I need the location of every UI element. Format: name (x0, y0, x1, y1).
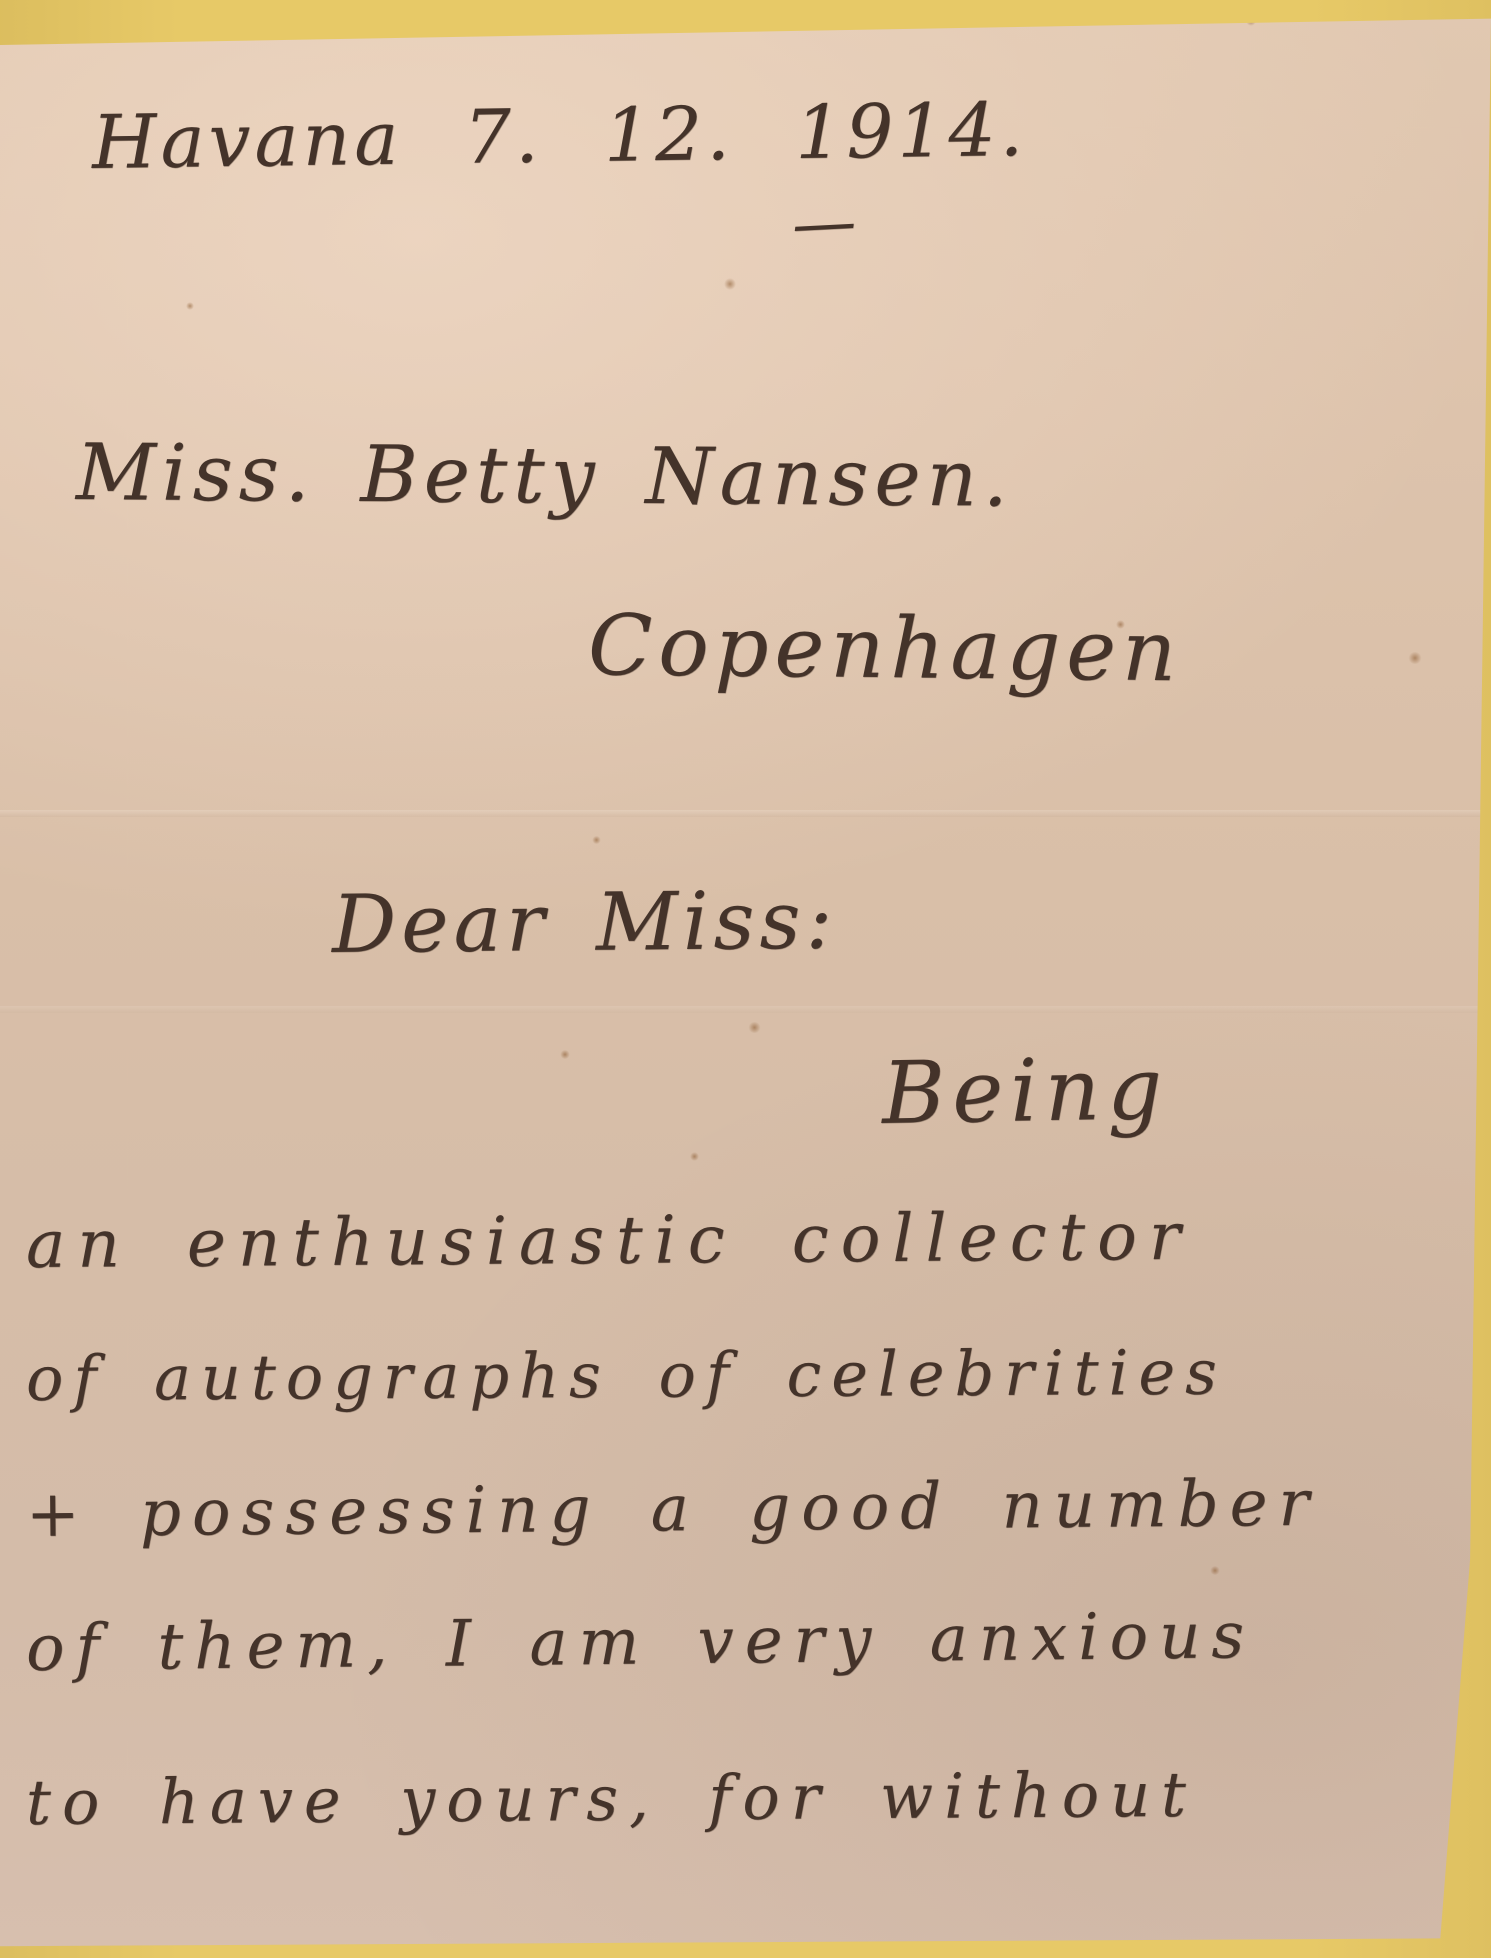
photo-background: Havana 7. 12. 1914. — Miss. Betty Nansen… (0, 0, 1491, 1958)
paper-fold-crease (0, 810, 1491, 817)
body-opening-word: Being (881, 1039, 1170, 1144)
salutation-text: Dear Miss: (332, 874, 838, 971)
foxing-spot (592, 836, 601, 844)
body-line: of them, I am very anxious (26, 1597, 1475, 1686)
foxing-spot (1246, 16, 1256, 26)
foxing-spot (724, 278, 736, 290)
body-line: of autographs of celebrities (26, 1334, 1474, 1415)
date-underline-dash: — (790, 185, 858, 262)
foxing-spot (560, 1050, 570, 1059)
addressee-name-text: Miss. Betty Nansen. (76, 428, 1014, 525)
addressee-city-text: Copenhagen (587, 596, 1182, 700)
letter-paper: Havana 7. 12. 1914. — Miss. Betty Nansen… (0, 0, 1491, 1958)
body-line: to have yours, for without (26, 1756, 1474, 1839)
dateline-text: Havana 7. 12. 1914. (91, 87, 1027, 186)
paper-fold-crease (0, 1006, 1491, 1013)
foxing-spot (1210, 1566, 1220, 1575)
foxing-spot (690, 1152, 699, 1161)
foxing-spot (186, 302, 194, 310)
body-line: an enthusiastic collector (26, 1196, 1475, 1283)
foxing-spot (1408, 652, 1422, 664)
foxing-spot (748, 1022, 761, 1033)
body-line: + possessing a good number (26, 1465, 1475, 1552)
